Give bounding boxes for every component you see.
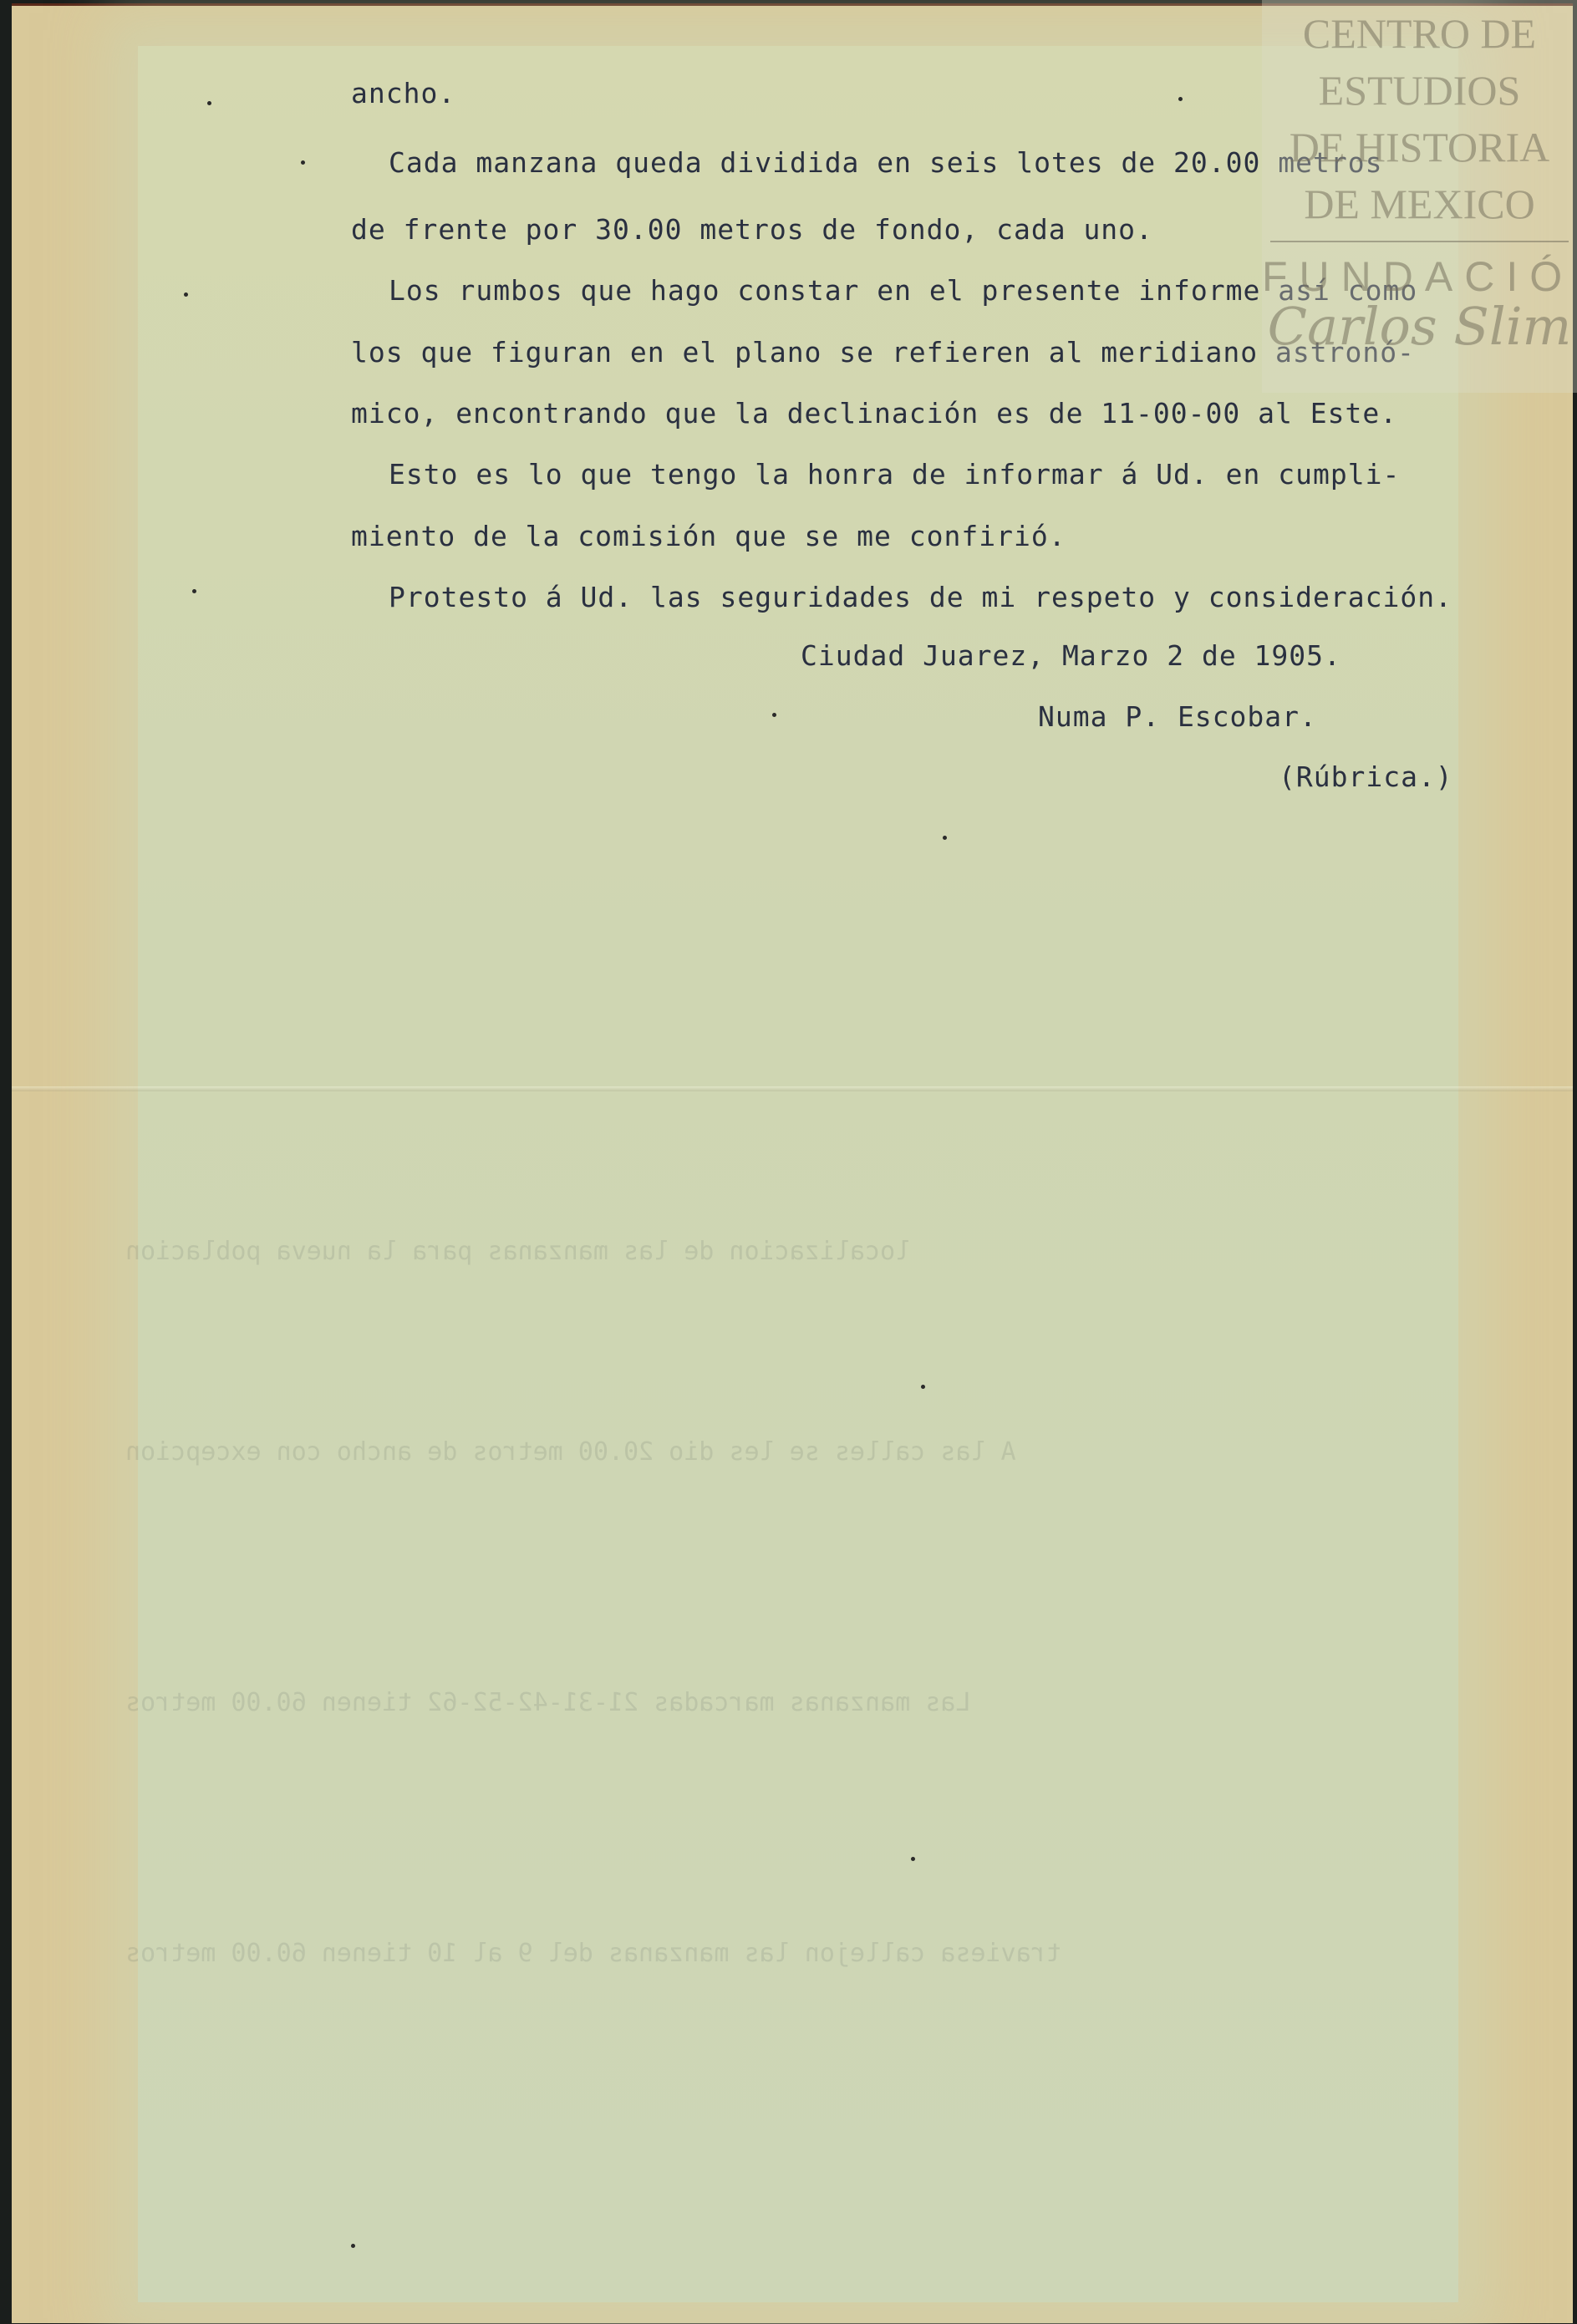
- signature-name: Numa P. Escobar.: [1038, 700, 1317, 733]
- bleed-through-text: A las calles se les dio 20.00 metros de …: [125, 1437, 1016, 1467]
- text-line: Protesto á Ud. las seguridades de mi res…: [389, 581, 1452, 613]
- text-line: Esto es lo que tengo la honra de informa…: [389, 458, 1400, 491]
- ink-speck: [192, 589, 196, 593]
- text-line: los que figuran en el plano se refieren …: [351, 336, 1415, 369]
- text-line: de frente por 30.00 metros de fondo, cad…: [351, 213, 1153, 246]
- text-line: miento de la comisión que se me confirió…: [351, 520, 1066, 552]
- ink-speck: [351, 2244, 355, 2248]
- watermark-line: ESTUDIOS: [1262, 62, 1577, 119]
- ink-speck: [1178, 97, 1183, 101]
- ink-speck: [301, 160, 305, 165]
- ink-speck: [911, 1857, 915, 1861]
- archive-watermark: CENTRO DE ESTUDIOS DE HISTORIA DE MEXICO…: [1262, 0, 1577, 393]
- ink-speck: [943, 836, 947, 840]
- date-line: Ciudad Juarez, Marzo 2 de 1905.: [801, 639, 1341, 672]
- ink-speck: [921, 1385, 925, 1389]
- text-line: Cada manzana queda dividida en seis lote…: [389, 146, 1382, 179]
- watermark-foundation: FUNDACIÓN: [1262, 252, 1577, 301]
- watermark-divider: [1270, 241, 1569, 242]
- ink-speck: [772, 713, 776, 717]
- text-line: mico, encontrando que la declinación es …: [351, 397, 1397, 430]
- ink-speck: [184, 292, 188, 297]
- ink-speck: [207, 101, 211, 105]
- bleed-through-text: Las manzanas marcadas 21-31-42-52-62 tie…: [125, 1688, 970, 1717]
- watermark-line: DE HISTORIA: [1262, 119, 1577, 175]
- page-fold: [12, 1086, 1573, 1091]
- bleed-through-text: localizacion de las manzanas para la nue…: [125, 1237, 910, 1266]
- bleed-through-text: traviesa callejon las manzanas del 9 al …: [125, 1939, 1061, 1968]
- text-line: ancho.: [351, 77, 455, 109]
- rubrica-label: (Rúbrica.): [1279, 760, 1453, 793]
- watermark-line: DE MEXICO: [1262, 175, 1577, 232]
- watermark-line: CENTRO DE: [1262, 5, 1577, 62]
- watermark-signature: Carlos Slim: [1262, 296, 1577, 357]
